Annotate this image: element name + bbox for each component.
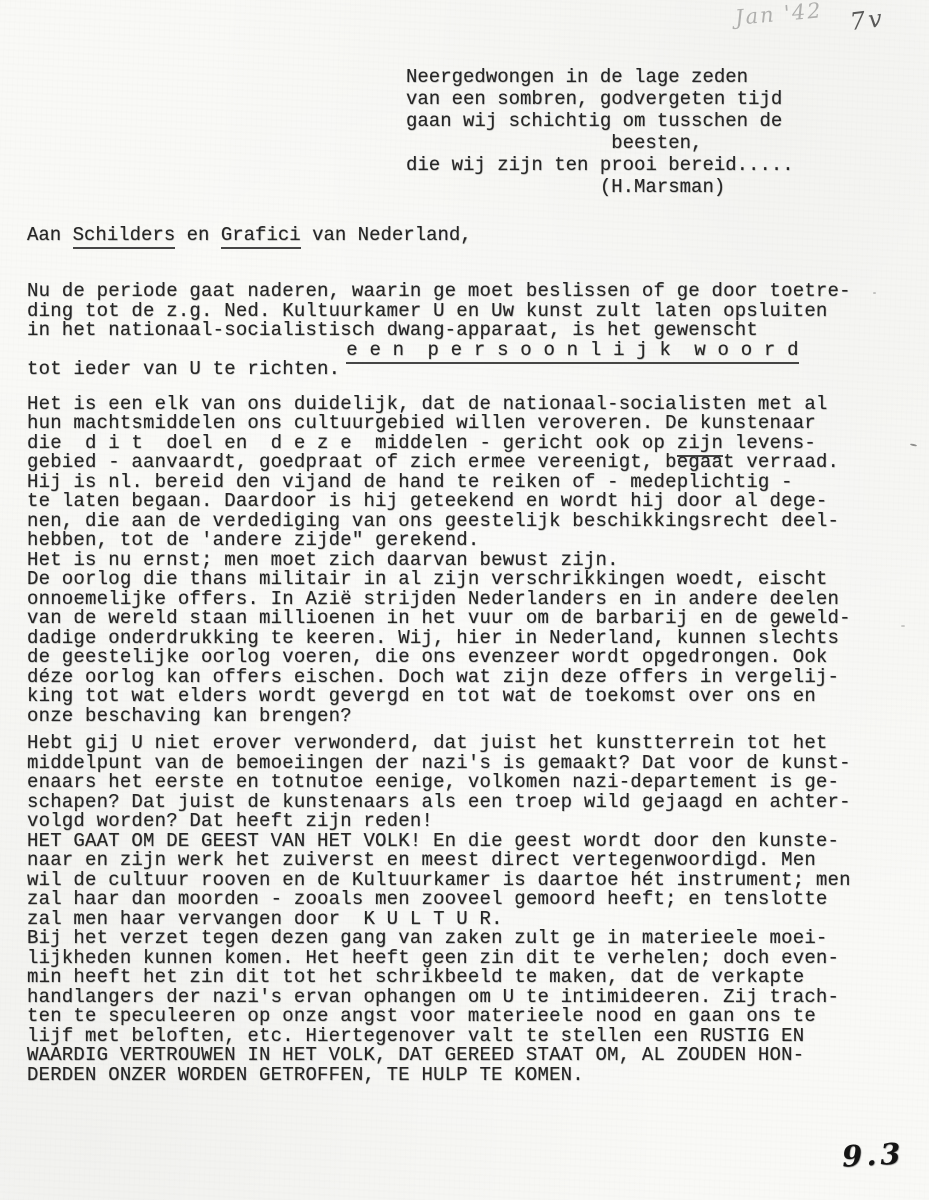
text-segment: Aan	[27, 224, 73, 246]
scanned-document-page: Jan '42 7v Neergedwongen in de lage zede…	[0, 0, 929, 1200]
poem-quote: Neergedwongen in de lage zedenvan een so…	[406, 66, 929, 198]
text-segment: DERDEN ONZER WORDEN GETROFFEN, TE HULP T…	[27, 1064, 584, 1086]
handwritten-page-number: 9.3	[841, 1136, 905, 1173]
text-line: die wij zijn ten prooi bereid.....	[406, 154, 929, 176]
text-line: onze beschaving kan brengen?	[27, 707, 929, 727]
scan-speck	[873, 292, 876, 294]
text-line: van een sombren, godvergeten tijd	[406, 88, 929, 110]
text-segment: en	[175, 224, 221, 246]
scan-speck	[901, 625, 905, 627]
text-segment: tot ieder van U te richten.	[27, 358, 340, 380]
paragraph-intro: Nu de periode gaat naderen, waarin ge mo…	[27, 282, 929, 380]
salutation: Aan Schilders en Grafici van Nederland,	[27, 225, 929, 245]
text-line: DERDEN ONZER WORDEN GETROFFEN, TE HULP T…	[27, 1066, 929, 1086]
underlined-text: Grafici	[221, 224, 301, 249]
text-line: beesten,	[406, 132, 929, 154]
paragraph-resistance: Hebt gij U niet erover verwonderd, dat j…	[27, 734, 929, 1085]
text-segment: die wij zijn ten prooi bereid.....	[406, 154, 794, 176]
handwritten-archive-number: 7v	[848, 4, 886, 36]
text-segment: Neergedwongen in de lage zeden	[406, 66, 748, 88]
text-segment: onze beschaving kan brengen?	[27, 705, 352, 727]
text-line: Neergedwongen in de lage zeden	[406, 66, 929, 88]
text-line: gaan wij schichtig om tusschen de	[406, 110, 929, 132]
text-line: Aan Schilders en Grafici van Nederland,	[27, 225, 929, 245]
text-segment: beesten,	[611, 132, 702, 154]
text-segment: gaan wij schichtig om tusschen de	[406, 110, 782, 132]
paragraph-duty: Het is een elk van ons duidelijk, dat de…	[27, 395, 929, 727]
underlined-text: e e n p e r s o o n l i j k w o o r d	[346, 339, 798, 364]
text-line: in het nationaal-socialistisch dwang-app…	[27, 321, 929, 341]
underlined-text: Schilders	[73, 224, 176, 249]
text-line: (H.Marsman)	[406, 176, 929, 198]
text-segment: van een sombren, godvergeten tijd	[406, 88, 782, 110]
text-segment: (H.Marsman)	[600, 176, 725, 198]
text-segment: in het nationaal-socialistisch dwang-app…	[27, 319, 758, 341]
handwritten-date-note: Jan '42	[734, 0, 823, 30]
text-segment: van Nederland,	[301, 224, 472, 246]
